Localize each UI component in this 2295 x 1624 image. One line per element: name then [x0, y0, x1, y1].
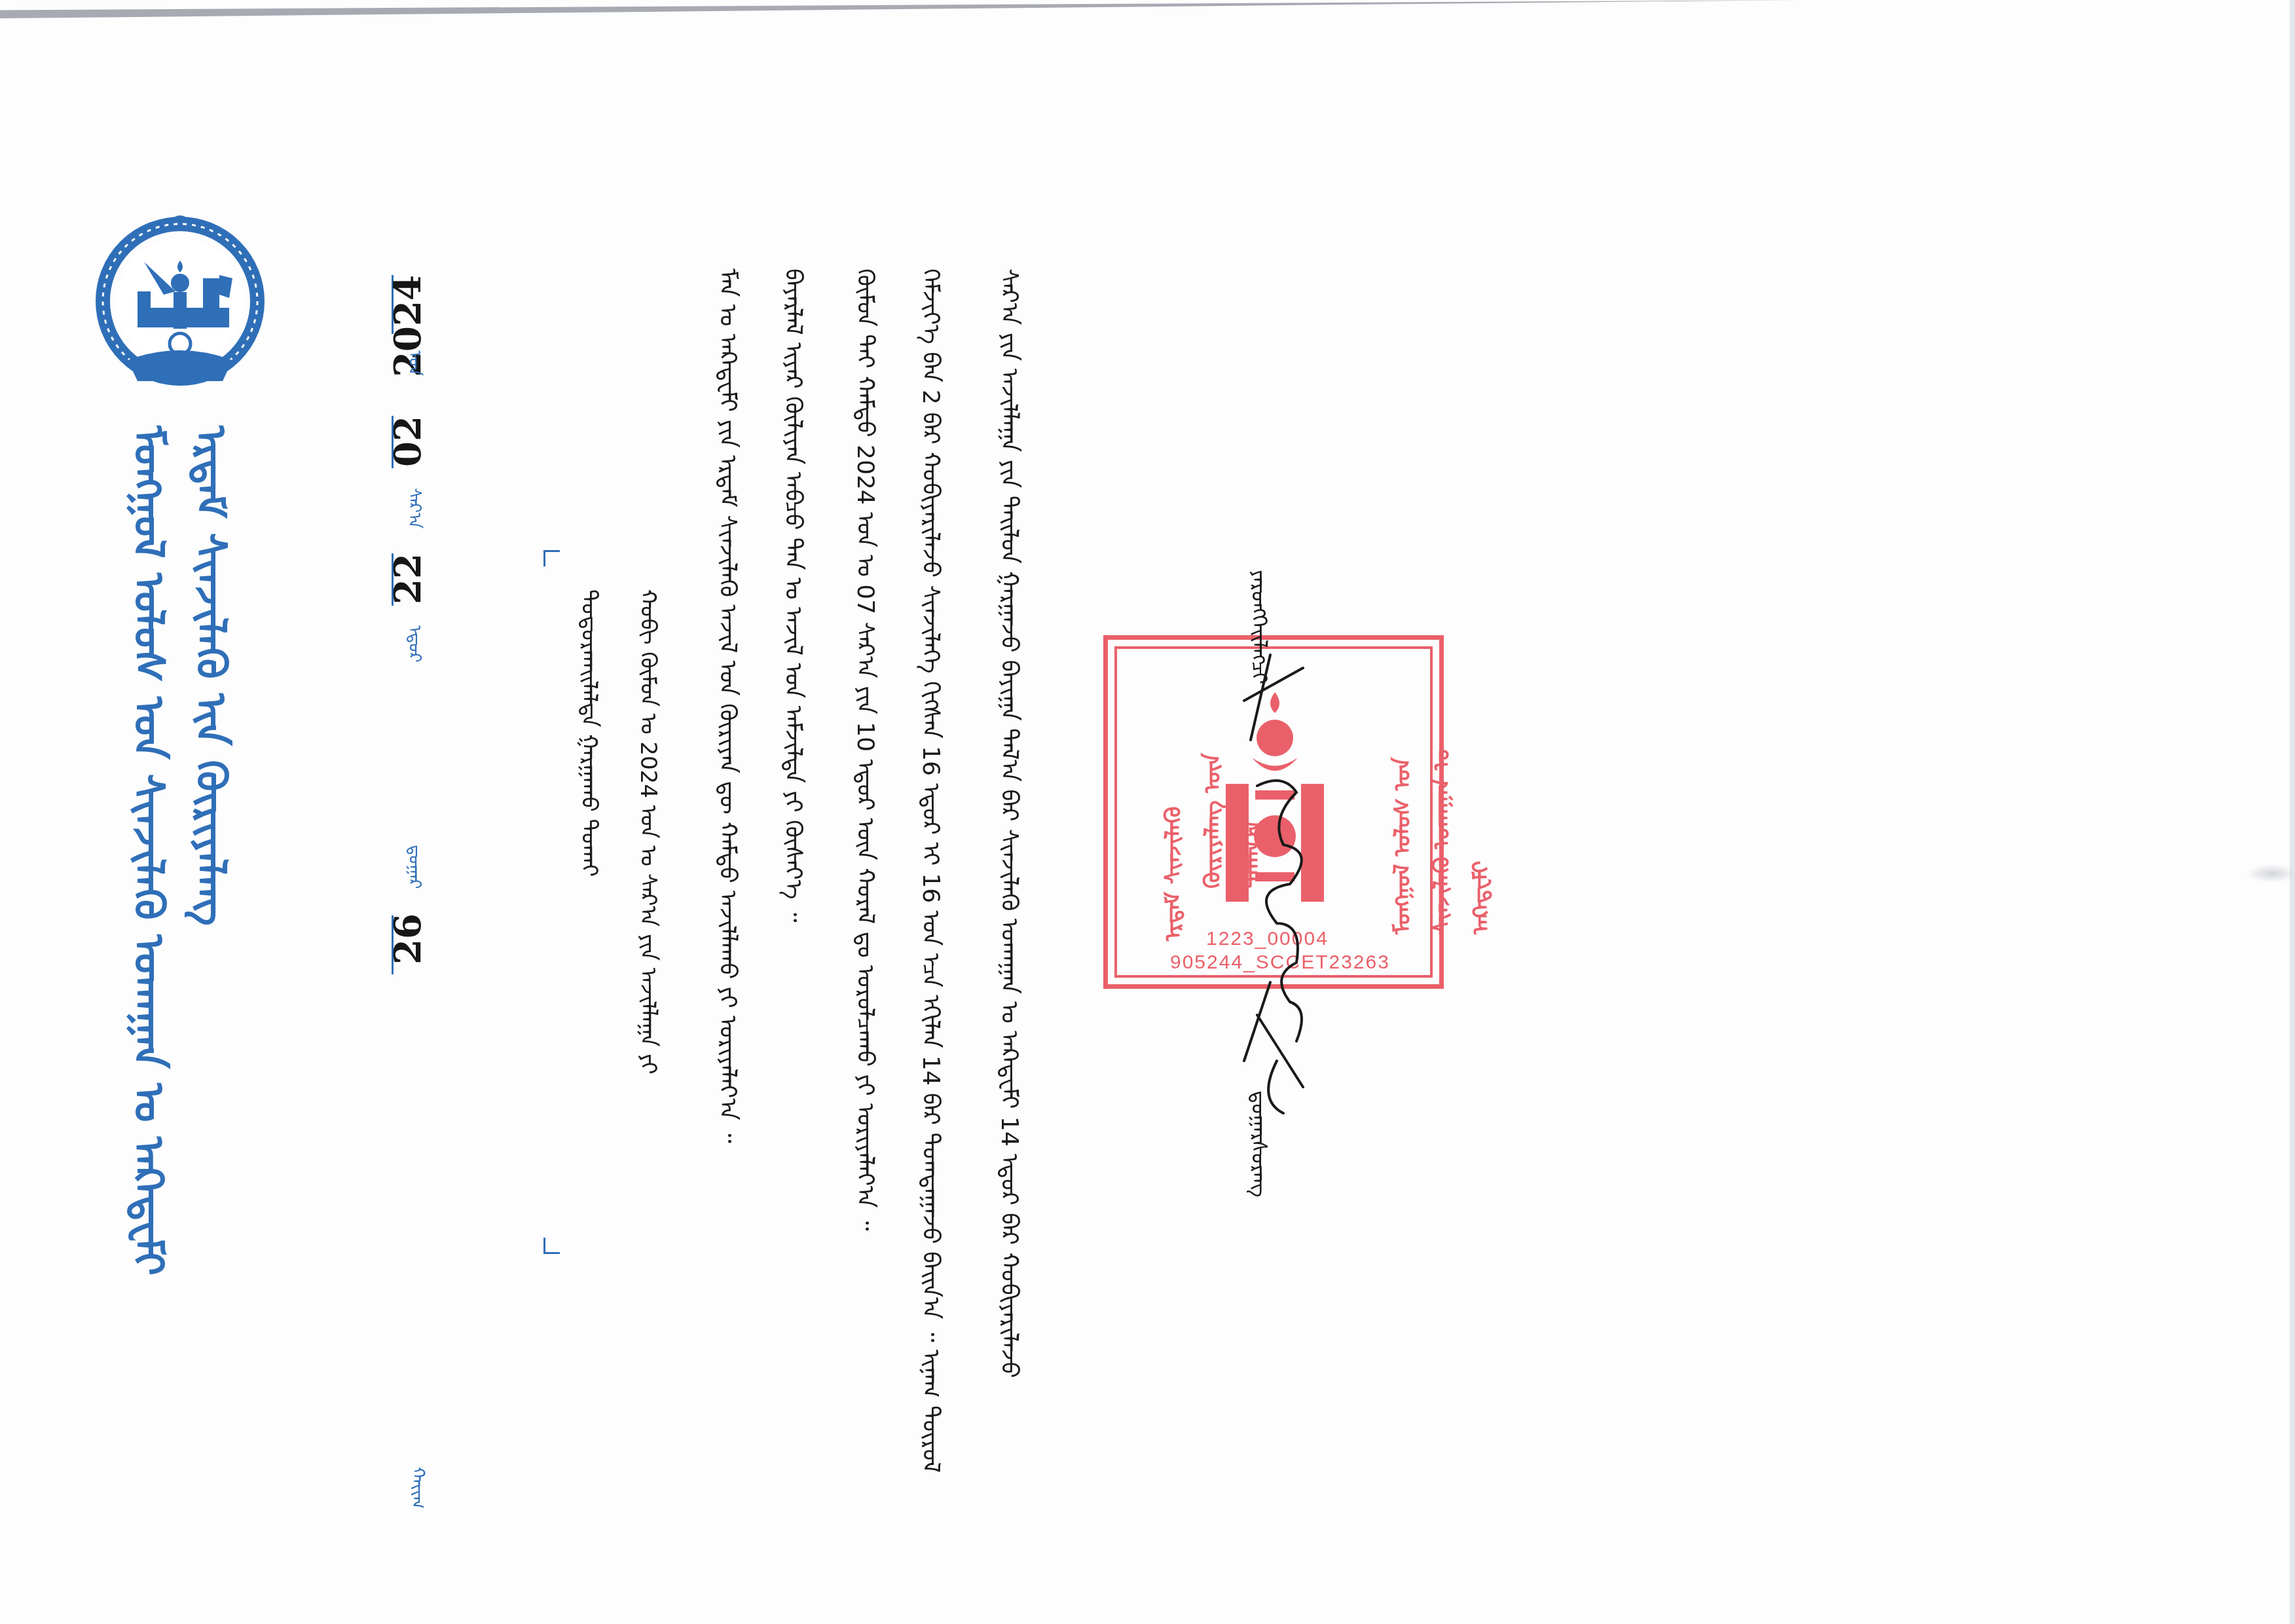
number-value: 26: [386, 913, 430, 965]
scan-smudge: [2246, 864, 2295, 883]
stamp-middle-text: ᠡᠷᠳᠡᠮ ᠰᠢᠨᠵᠢᠯᠡᠬᠦ: [1154, 692, 1193, 941]
month-label: ᠰᠠᠷ᠎ᠠ: [399, 488, 430, 528]
day-label: ᠡᠳᠦᠷ: [399, 625, 430, 663]
signatory-title: ᠶᠡᠷᠦᠩᠬᠡᠢᠯᠡᠭᠴᠢ: [1247, 570, 1272, 684]
letterhead-title-line-2: ᠡᠷᠳᠡᠮ ᠰᠢᠨᠵᠢᠯᠡᠬᠦ ᠢᠨ ᠬᠦᠷᠢᠶᠡᠯᠡᠩ: [174, 426, 247, 1244]
month-value: 02: [386, 416, 430, 467]
body-line: ᠪᠠᠶᠠᠷᠯᠠᠯ ᠢᠶᠠᠷ ᠬᠦᠯᠢᠶᠡᠨ ᠠᠪᠴᠤ ᠲᠠᠨ ᠤ ᠠᠵᠢᠯ ᠤᠨ…: [773, 268, 814, 1500]
signatory-name: ᠳ᠋ᠤᠭᠠᠷᠰᠦᠷᠡᠩ: [1247, 1090, 1272, 1197]
body-line: ᠬᠦᠮᠦᠨ ᠲᠡᠢ ᠬᠠᠮᠲᠤ 2024 ᠣᠨ ᠤ 07 ᠰᠠᠷ᠎ᠠ ᠶᠢᠨ 1…: [845, 268, 886, 1500]
body-line: ᠰᠠᠷ᠎ᠠ ᠶᠢᠨ ᠠᠵᠢᠯᠯᠠᠭᠠ ᠶᠢᠨ ᠲᠠᠢᠯᠤᠨ ᠭᠠᠷᠭᠠᠵᠤ ᠪᠠ…: [989, 268, 1030, 1500]
scan-edge-shadow: [0, 0, 1801, 18]
scan-right-edge: [2290, 0, 2295, 1624]
subject-line-2: ᠬᠤᠪᠢ ᠬᠦᠮᠦᠨ ᠤ 2024 ᠣᠨ ᠤ ᠰᠠᠷ᠎ᠠ ᠶᠢᠨ ᠠᠵᠢᠯᠯᠠᠭ…: [629, 589, 668, 1179]
body-line: ᠮᠠᠨ ᠤ ᠠᠺᠠᠳᠧᠮᠢ ᠶᠢᠨ ᠡᠷᠳᠡᠮ ᠰᠢᠨᠵᠢᠯᠡᠬᠦ ᠠᠵᠢᠯ ᠤ…: [707, 268, 748, 1500]
subject-corner-bottom: [543, 1238, 560, 1254]
subject-line-1: ᠲᠣᠳᠣᠷᠬᠠᠢᠯᠠᠯᠲᠠ ᠭᠠᠷᠭᠠᠬᠤ ᠲᠤᠬᠠᠢ: [570, 589, 609, 1113]
date-field: 2024 ᠣᠨ 02 ᠰᠠᠷ᠎ᠠ 22 ᠡᠳᠦᠷ: [386, 275, 445, 681]
day: 22: [386, 553, 430, 604]
number-label: ᠳ᠋ᠤᠭᠠᠷ: [399, 845, 430, 889]
state-emblem-icon: [92, 210, 268, 393]
stamp-outer-text: ᠮᠣᠩᠭᠣᠯ ᠤᠯᠤᠰ ᠤᠨ ᠰᠢᠨᠵᠢᠯᠡᠬᠦ ᠤᠬᠠᠭᠠᠨ ᠤ ᠠᠺᠠᠳᠧᠮ…: [1383, 686, 1501, 934]
number-wrap: 26: [386, 913, 430, 967]
body-line: ᠬᠡᠮᠵᠢᠶ᠎ᠡ ᠪᠡᠨ 2 ᠪᠠᠷ ᠬᠤᠪᠢᠶᠠᠷᠢᠯᠠᠵᠤ ᠰᠢᠨᠵᠢᠯᠡᠭ…: [910, 268, 951, 1500]
day-label-wrap: ᠡᠳᠦᠷ: [399, 625, 430, 663]
year-label-wrap: ᠣᠨ: [399, 350, 430, 376]
number-label-wrap: ᠳ᠋ᠤᠭᠠᠷ: [399, 845, 430, 892]
signatory-line: ᠶᠡᠷᠦᠩᠬᠡᠢᠯᠡᠭᠴᠢ ᠳ᠋ᠤᠭᠠᠷᠰᠦᠷᠡᠩ: [1241, 570, 1277, 1198]
stamp-code: 905244_SCCET23263: [1170, 951, 1390, 974]
day-value: 22: [386, 553, 430, 604]
year-label: ᠣᠨ: [399, 350, 430, 376]
month: 02: [386, 416, 430, 467]
subject-corner-top: [543, 550, 560, 566]
address-label: ᠬᠠᠶ᠋ᠢᠭ: [403, 1467, 433, 1509]
reference-number-field: ᠳ᠋ᠤᠭᠠᠷ 26: [386, 845, 445, 989]
month-label-wrap: ᠰᠠᠷ᠎ᠠ: [399, 488, 430, 528]
